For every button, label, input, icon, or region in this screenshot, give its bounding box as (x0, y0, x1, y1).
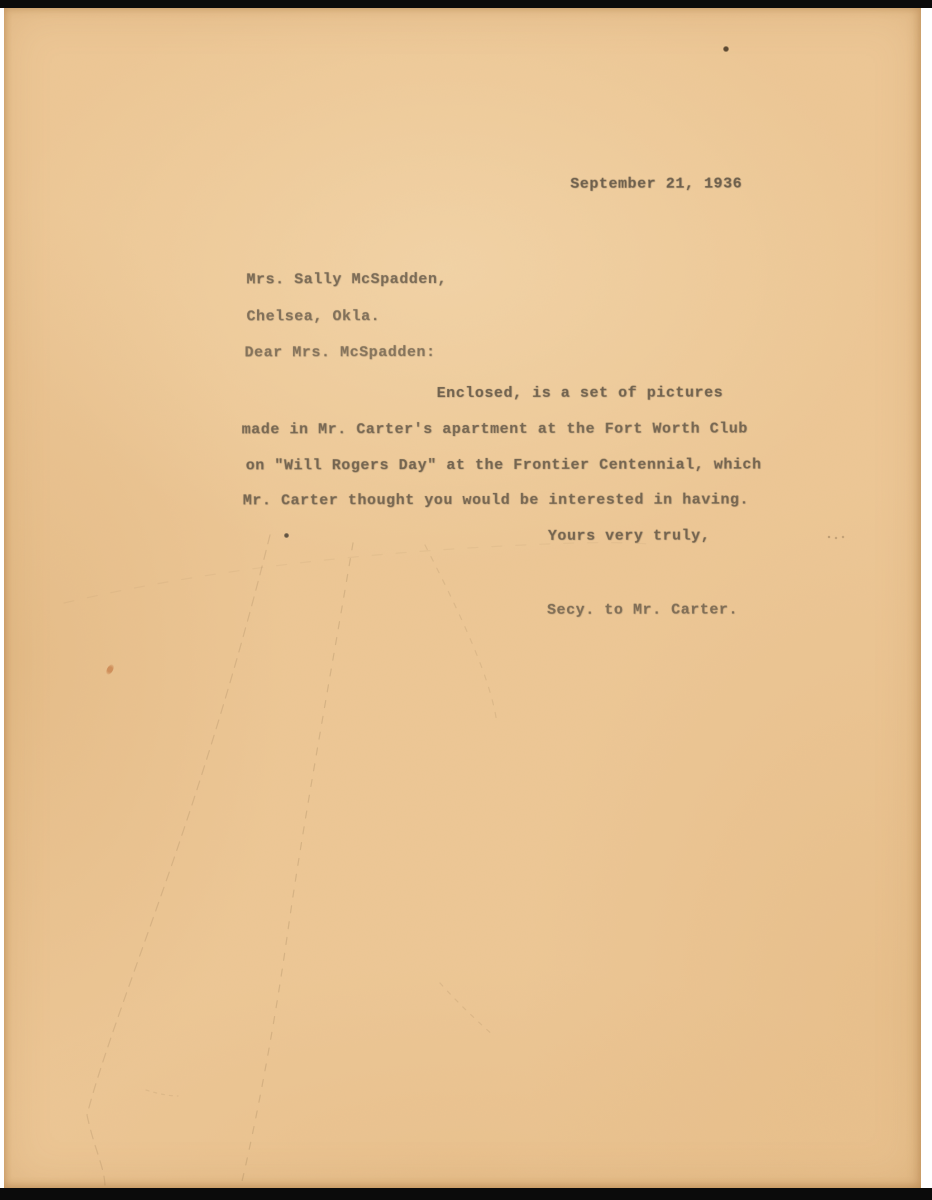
paper-grain-texture (4, 8, 921, 1188)
scan-border-bottom (0, 1188, 932, 1200)
faint-dot-marks (826, 535, 848, 540)
scan-border-top (0, 0, 932, 8)
rust-fleck (105, 663, 115, 676)
stray-period-mark (284, 533, 289, 538)
letter-paper (4, 8, 921, 1188)
scanned-letter-page: September 21, 1936 Mrs. Sally McSpadden,… (0, 0, 932, 1200)
crease-marks (4, 8, 921, 1188)
ink-speck (723, 46, 729, 52)
